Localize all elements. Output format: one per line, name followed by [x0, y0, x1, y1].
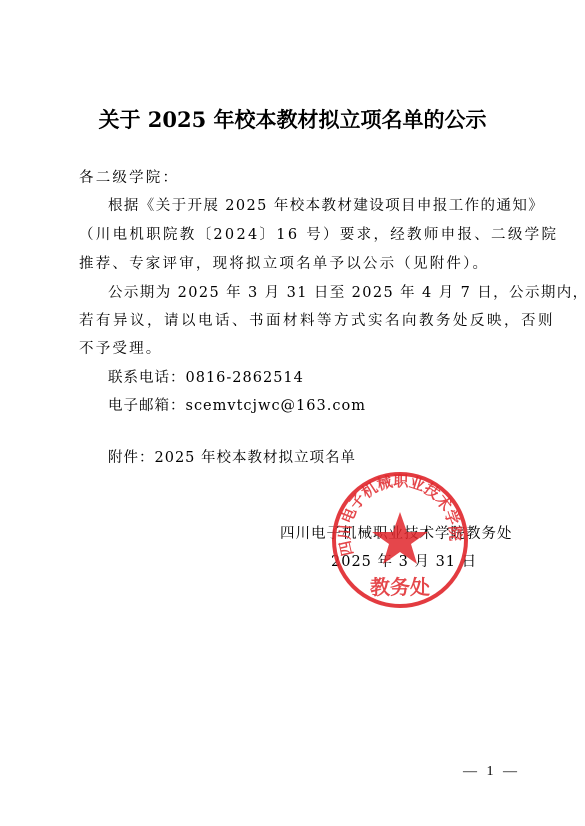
contact-email: 电子邮箱：scemvtcjwc@163.com — [108, 394, 366, 415]
official-seal-icon: 四川电子机械职业技术学院 教务处 — [330, 470, 470, 610]
document-title: 关于 2025 年校本教材拟立项名单的公示 — [0, 104, 585, 134]
paragraph2-line3: 不予受理。 — [79, 337, 163, 358]
paragraph1-line3: 推荐、专家评审，现将拟立项名单予以公示（见附件）。 — [79, 252, 489, 273]
paragraph1-line2: （川电机职院教〔2024〕16 号）要求，经教师申报、二级学院 — [79, 223, 558, 244]
paragraph1-line1: 根据《关于开展 2025 年校本教材建设项目申报工作的通知》 — [108, 194, 544, 215]
page-number: — 1 — — [463, 764, 520, 780]
paragraph2-line2: 若有异议，请以电话、书面材料等方式实名向教务处反映，否则 — [79, 309, 555, 330]
salutation: 各二级学院： — [79, 166, 179, 187]
svg-text:教务处: 教务处 — [370, 575, 430, 599]
contact-phone: 联系电话：0816-2862514 — [108, 366, 304, 387]
paragraph2-line1: 公示期为 2025 年 3 月 31 日至 2025 年 4 月 7 日，公示期… — [108, 281, 585, 302]
attachment-note: 附件：2025 年校本教材拟立项名单 — [108, 446, 356, 467]
